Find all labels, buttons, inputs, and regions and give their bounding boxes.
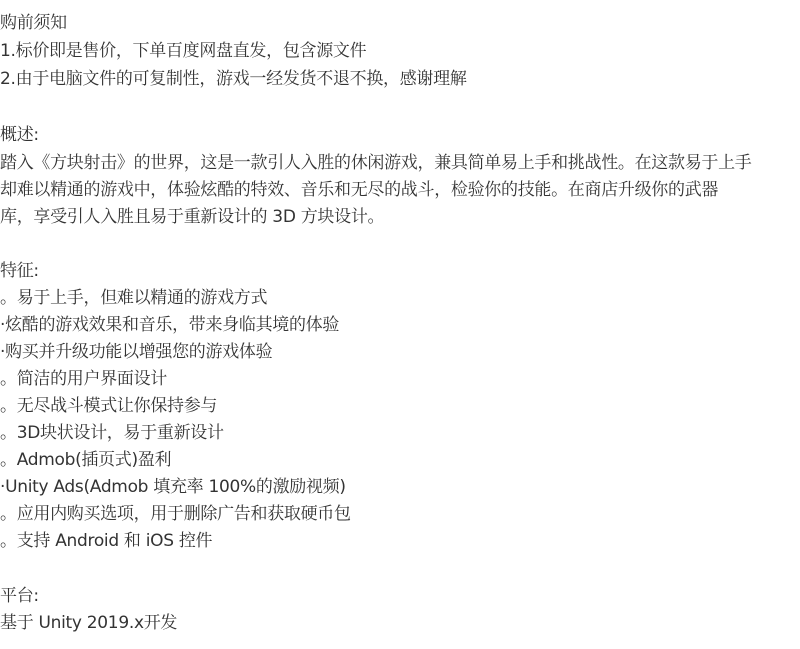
notice-item: 2.由于电脑文件的可复制性，游戏一经发货不退不换，感谢理解	[0, 66, 467, 92]
overview-line: 却难以精通的游戏中，体验炫酷的特效、音乐和无尽的战斗，检验你的技能。在商店升级你…	[0, 177, 718, 203]
feature-item: ·Unity Ads(Admob 填充率 100%的激励视频)	[0, 474, 346, 500]
feature-item: ·炫酷的游戏效果和音乐，带来身临其境的体验	[0, 312, 339, 338]
features-title: 特征:	[0, 258, 39, 284]
notice-item: 1.标价即是售价，下单百度网盘直发，包含源文件	[0, 38, 366, 64]
feature-item: 。简洁的用户界面设计	[0, 366, 167, 392]
feature-item: 。支持 Android 和 iOS 控件	[0, 528, 212, 554]
notice-title: 购前须知	[0, 10, 67, 36]
overview-line: 库，享受引人入胜且易于重新设计的 3D 方块设计。	[0, 204, 384, 230]
feature-item: 。应用内购买选项，用于删除广告和获取硬币包	[0, 501, 351, 527]
platform-text: 基于 Unity 2019.x开发	[0, 610, 177, 636]
platform-title: 平台:	[0, 583, 39, 609]
product-description: 购前须知 1.标价即是售价，下单百度网盘直发，包含源文件 2.由于电脑文件的可复…	[0, 0, 800, 649]
overview-title: 概述:	[0, 122, 39, 148]
feature-item: 。Admob(插页式)盈利	[0, 447, 171, 473]
feature-item: 。易于上手，但难以精通的游戏方式	[0, 285, 267, 311]
feature-item: 。无尽战斗模式让你保持参与	[0, 393, 217, 419]
overview-line: 踏入《方块射击》的世界，这是一款引人入胜的休闲游戏，兼具简单易上手和挑战性。在这…	[0, 150, 752, 176]
feature-item: 。3D块状设计，易于重新设计	[0, 420, 224, 446]
feature-item: ·购买并升级功能以增强您的游戏体验	[0, 339, 272, 365]
